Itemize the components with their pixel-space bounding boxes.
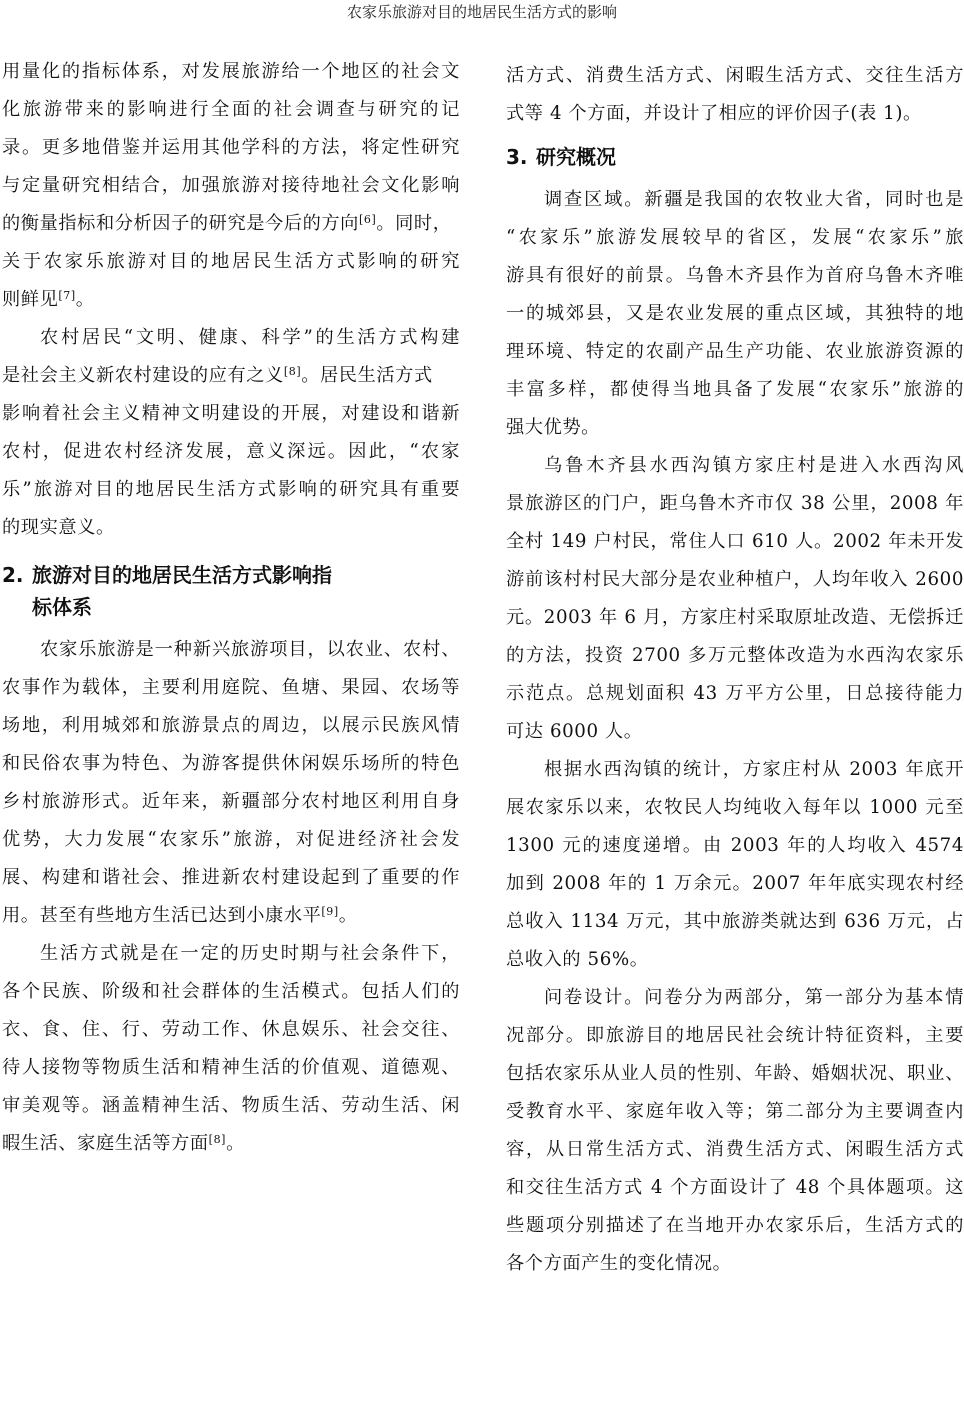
text-line: 元。2003 年 6 月，方家庄村采取原址改造、无偿拆迁 [506,606,964,630]
text-line: 是社会主义新农村建设的应有之义[8]。居民生活方式 [2,364,460,388]
text-line: 受教育水平、家庭年收入等；第二部分为主要调查内 [506,1100,964,1124]
text-line: 强大优势。 [506,416,964,440]
text-span: 。 [339,905,358,926]
text-line: 丰富多样，都使得当地具备了发展“农家乐”旅游的 [506,378,964,402]
text-line: 与定量研究相结合，加强旅游对接待地社会文化影响 [2,174,460,198]
text-line: 暇生活、家庭生活等方面[8]。 [2,1132,460,1156]
text-line: 游具有很好的前景。乌鲁木齐县作为首府乌鲁木齐唯 [506,264,964,288]
text-line: 待人接物等物质生活和精神生活的价值观、道德观、 [2,1056,460,1080]
text-line: 和民俗农事为特色、为游客提供休闲娱乐场所的特色 [2,752,460,776]
text-line: 场地，利用城郊和旅游景点的周边，以展示民族风情 [2,714,460,738]
citation[interactable]: [9] [321,905,338,918]
text-line: 总收入 1134 万元，其中旅游类就达到 636 万元，占 [506,910,964,934]
text-line: 化旅游带来的影响进行全面的社会调查与研究的记 [2,98,460,122]
text-line: 乌鲁木齐县水西沟镇方家庄村是进入水西沟风 [506,454,964,478]
citation[interactable]: [8] [284,365,301,378]
text-line: 和交往生活方式 4 个方面设计了 48 个具体题项。这 [506,1176,964,1200]
text-span: 。同时， [376,213,451,234]
text-line: 用。甚至有些地方生活已达到小康水平[9]。 [2,904,460,928]
section-title: 研究概况 [536,145,616,169]
text-line: 农村居民“文明、健康、科学”的生活方式构建 [2,326,460,350]
text-line: 可达 6000 人。 [506,720,964,744]
text-line: 理环境、特定的农副产品生产功能、农业旅游资源的 [506,340,964,364]
text-span: 暇生活、家庭生活等方面 [2,1133,209,1154]
text-line: 的现实意义。 [2,516,460,540]
citation[interactable]: [7] [58,289,75,302]
text-line: “农家乐”旅游发展较早的省区，发展“农家乐”旅 [506,226,964,250]
text-line: 影响着社会主义精神文明建设的开展，对建设和谐新 [2,402,460,426]
text-line: 一的城郊县，又是农业发展的重点区域，其独特的地 [506,302,964,326]
text-line: 审美观等。涵盖精神生活、物质生活、劳动生活、闲 [2,1094,460,1118]
section-heading-2: 2.旅游对目的地居民生活方式影响指 [2,562,332,588]
text-line: 游前该村村民大部分是农业种植户，人均年收入 2600 [506,568,964,592]
text-line: 优势，大力发展“农家乐”旅游，对促进经济社会发 [2,828,460,852]
text-line: 录。更多地借鉴并运用其他学科的方法，将定性研究 [2,136,460,160]
text-span: 是社会主义新农村建设的应有之义 [2,365,284,386]
text-line: 各个方面产生的变化情况。 [506,1252,964,1276]
section-title-cont: 标体系 [2,595,92,619]
text-line: 各个民族、阶级和社会群体的生活模式。包括人们的 [2,980,460,1004]
text-line: 关于农家乐旅游对目的地居民生活方式影响的研究 [2,250,460,274]
citation[interactable]: [8] [209,1133,226,1146]
text-line: 容，从日常生活方式、消费生活方式、闲暇生活方式 [506,1138,964,1162]
text-span: 用。甚至有些地方生活已达到小康水平 [2,905,321,926]
text-line: 农事作为载体，主要利用庭院、鱼塘、果园、农场等 [2,676,460,700]
text-line: 乐”旅游对目的地居民生活方式影响的研究具有重要 [2,478,460,502]
text-span: 。 [76,289,95,310]
text-line: 展农家乐以来，农牧民人均纯收入每年以 1000 元至 [506,796,964,820]
text-line: 1300 元的速度递增。由 2003 年的人均收入 4574 元增 [506,834,964,858]
text-line: 农村，促进农村经济发展，意义深远。因此，“农家 [2,440,460,464]
text-line: 生活方式就是在一定的历史时期与社会条件下， [2,942,460,966]
text-span: 则鲜见 [2,289,58,310]
text-line: 式等 4 个方面，并设计了相应的评价因子(表 1)。 [506,102,964,126]
text-line: 包括农家乐从业人员的性别、年龄、婚姻状况、职业、 [506,1062,964,1086]
section-heading-3: 3.研究概况 [506,144,616,170]
citation[interactable]: [6] [359,213,376,226]
text-line: 示范点。总规划面积 43 万平方公里，日总接待能力 [506,682,964,706]
text-line: 展、构建和谐社会、推进新农村建设起到了重要的作 [2,866,460,890]
section-heading-2-cont: 标体系 [2,594,92,620]
text-line: 的方法，投资 2700 多万元整体改造为水西沟农家乐 [506,644,964,668]
text-span: 的衡量指标和分析因子的研究是今后的方向 [2,213,359,234]
text-line: 况部分。即旅游目的地居民社会统计特征资料，主要 [506,1024,964,1048]
text-line: 加到 2008 年的 1 万余元。2007 年年底实现农村经济 [506,872,964,896]
text-line: 总收入的 56%。 [506,948,964,972]
text-line: 的衡量指标和分析因子的研究是今后的方向[6]。同时， [2,212,460,236]
text-line: 乡村旅游形式。近年来，新疆部分农村地区利用自身 [2,790,460,814]
text-line: 些题项分别描述了在当地开办农家乐后，生活方式的 [506,1214,964,1238]
text-line: 根据水西沟镇的统计，方家庄村从 2003 年底开 [506,758,964,782]
text-line: 则鲜见[7]。 [2,288,460,312]
section-title: 旅游对目的地居民生活方式影响指 [32,563,332,587]
text-line: 问卷设计。问卷分为两部分，第一部分为基本情 [506,986,964,1010]
text-line: 用量化的指标体系，对发展旅游给一个地区的社会文 [2,60,460,84]
section-number: 2. [2,562,32,588]
text-line: 农家乐旅游是一种新兴旅游项目，以农业、农村、 [2,638,460,662]
section-number: 3. [506,144,536,170]
text-line: 活方式、消费生活方式、闲暇生活方式、交往生活方 [506,64,964,88]
text-line: 衣、食、住、行、劳动工作、休息娱乐、社会交往、 [2,1018,460,1042]
running-header: 农家乐旅游对目的地居民生活方式的影响 [0,2,964,22]
text-line: 景旅游区的门户，距乌鲁木齐市仅 38 公里，2008 年 [506,492,964,516]
text-span: 。 [226,1133,245,1154]
text-span: 。居民生活方式 [301,365,433,386]
text-line: 全村 149 户村民，常住人口 610 人。2002 年未开发旅 [506,530,964,554]
text-line: 调查区域。新疆是我国的农牧业大省，同时也是 [506,188,964,212]
